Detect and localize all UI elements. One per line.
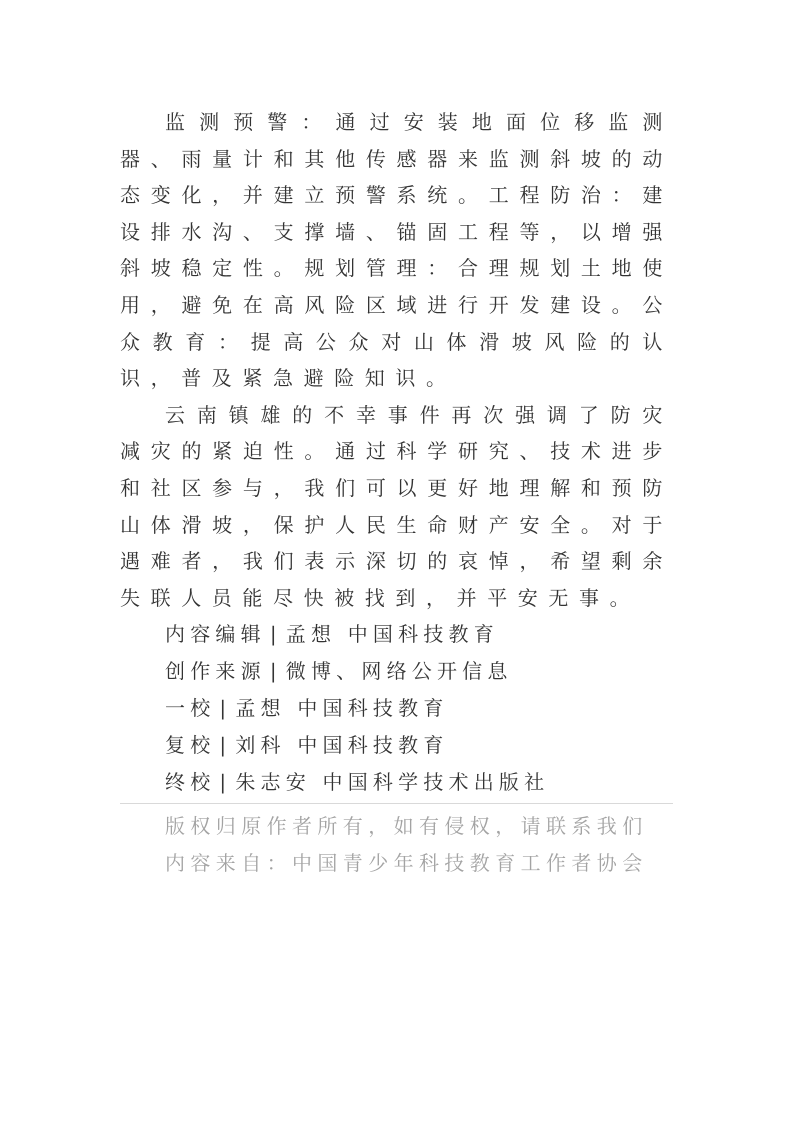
credit-separator: |: [219, 764, 231, 801]
credit-value: 孟想 中国科技教育: [235, 696, 448, 720]
credit-role: 一校: [165, 696, 215, 720]
credit-first-proof: 一校|孟想 中国科技教育: [120, 690, 673, 727]
copyright-notice: 版权归原作者所有，如有侵权，请联系我们: [120, 808, 673, 845]
credits-list: 内容编辑|孟想 中国科技教育 创作来源|微博、网络公开信息 一校|孟想 中国科技…: [120, 616, 673, 801]
footer-divider: [120, 803, 673, 804]
credit-value: 刘科 中国科技教育: [235, 733, 448, 757]
credit-source: 创作来源|微博、网络公开信息: [120, 653, 673, 690]
credit-role: 内容编辑: [165, 622, 266, 646]
content-source: 内容来自：中国青少年科技教育工作者协会: [120, 845, 673, 882]
credit-value: 孟想 中国科技教育: [286, 622, 499, 646]
credit-role: 终校: [165, 770, 215, 794]
credit-role: 复校: [165, 733, 215, 757]
credit-value: 微博、网络公开信息: [286, 659, 513, 683]
credit-separator: |: [270, 653, 282, 690]
credit-separator: |: [219, 690, 231, 727]
credit-role: 创作来源: [165, 659, 266, 683]
credit-second-proof: 复校|刘科 中国科技教育: [120, 727, 673, 764]
credit-content-editor: 内容编辑|孟想 中国科技教育: [120, 616, 673, 653]
credit-separator: |: [270, 616, 282, 653]
credit-final-proof: 终校|朱志安 中国科学技术出版社: [120, 764, 673, 801]
paragraph-conclusion: 云南镇雄的不幸事件再次强调了防灾减灾的紧迫性。通过科学研究、技术进步和社区参与，…: [120, 397, 673, 617]
article-body: 监测预警：通过安装地面位移监测器、雨量计和其他传感器来监测斜坡的动态变化，并建立…: [120, 104, 673, 616]
credit-value: 朱志安 中国科学技术出版社: [235, 770, 549, 794]
paragraph-prevention-measures: 监测预警：通过安装地面位移监测器、雨量计和其他传感器来监测斜坡的动态变化，并建立…: [120, 104, 673, 397]
footer: 版权归原作者所有，如有侵权，请联系我们 内容来自：中国青少年科技教育工作者协会: [120, 808, 673, 882]
article-page: 监测预警：通过安装地面位移监测器、雨量计和其他传感器来监测斜坡的动态变化，并建立…: [120, 104, 673, 882]
credit-separator: |: [219, 727, 231, 764]
